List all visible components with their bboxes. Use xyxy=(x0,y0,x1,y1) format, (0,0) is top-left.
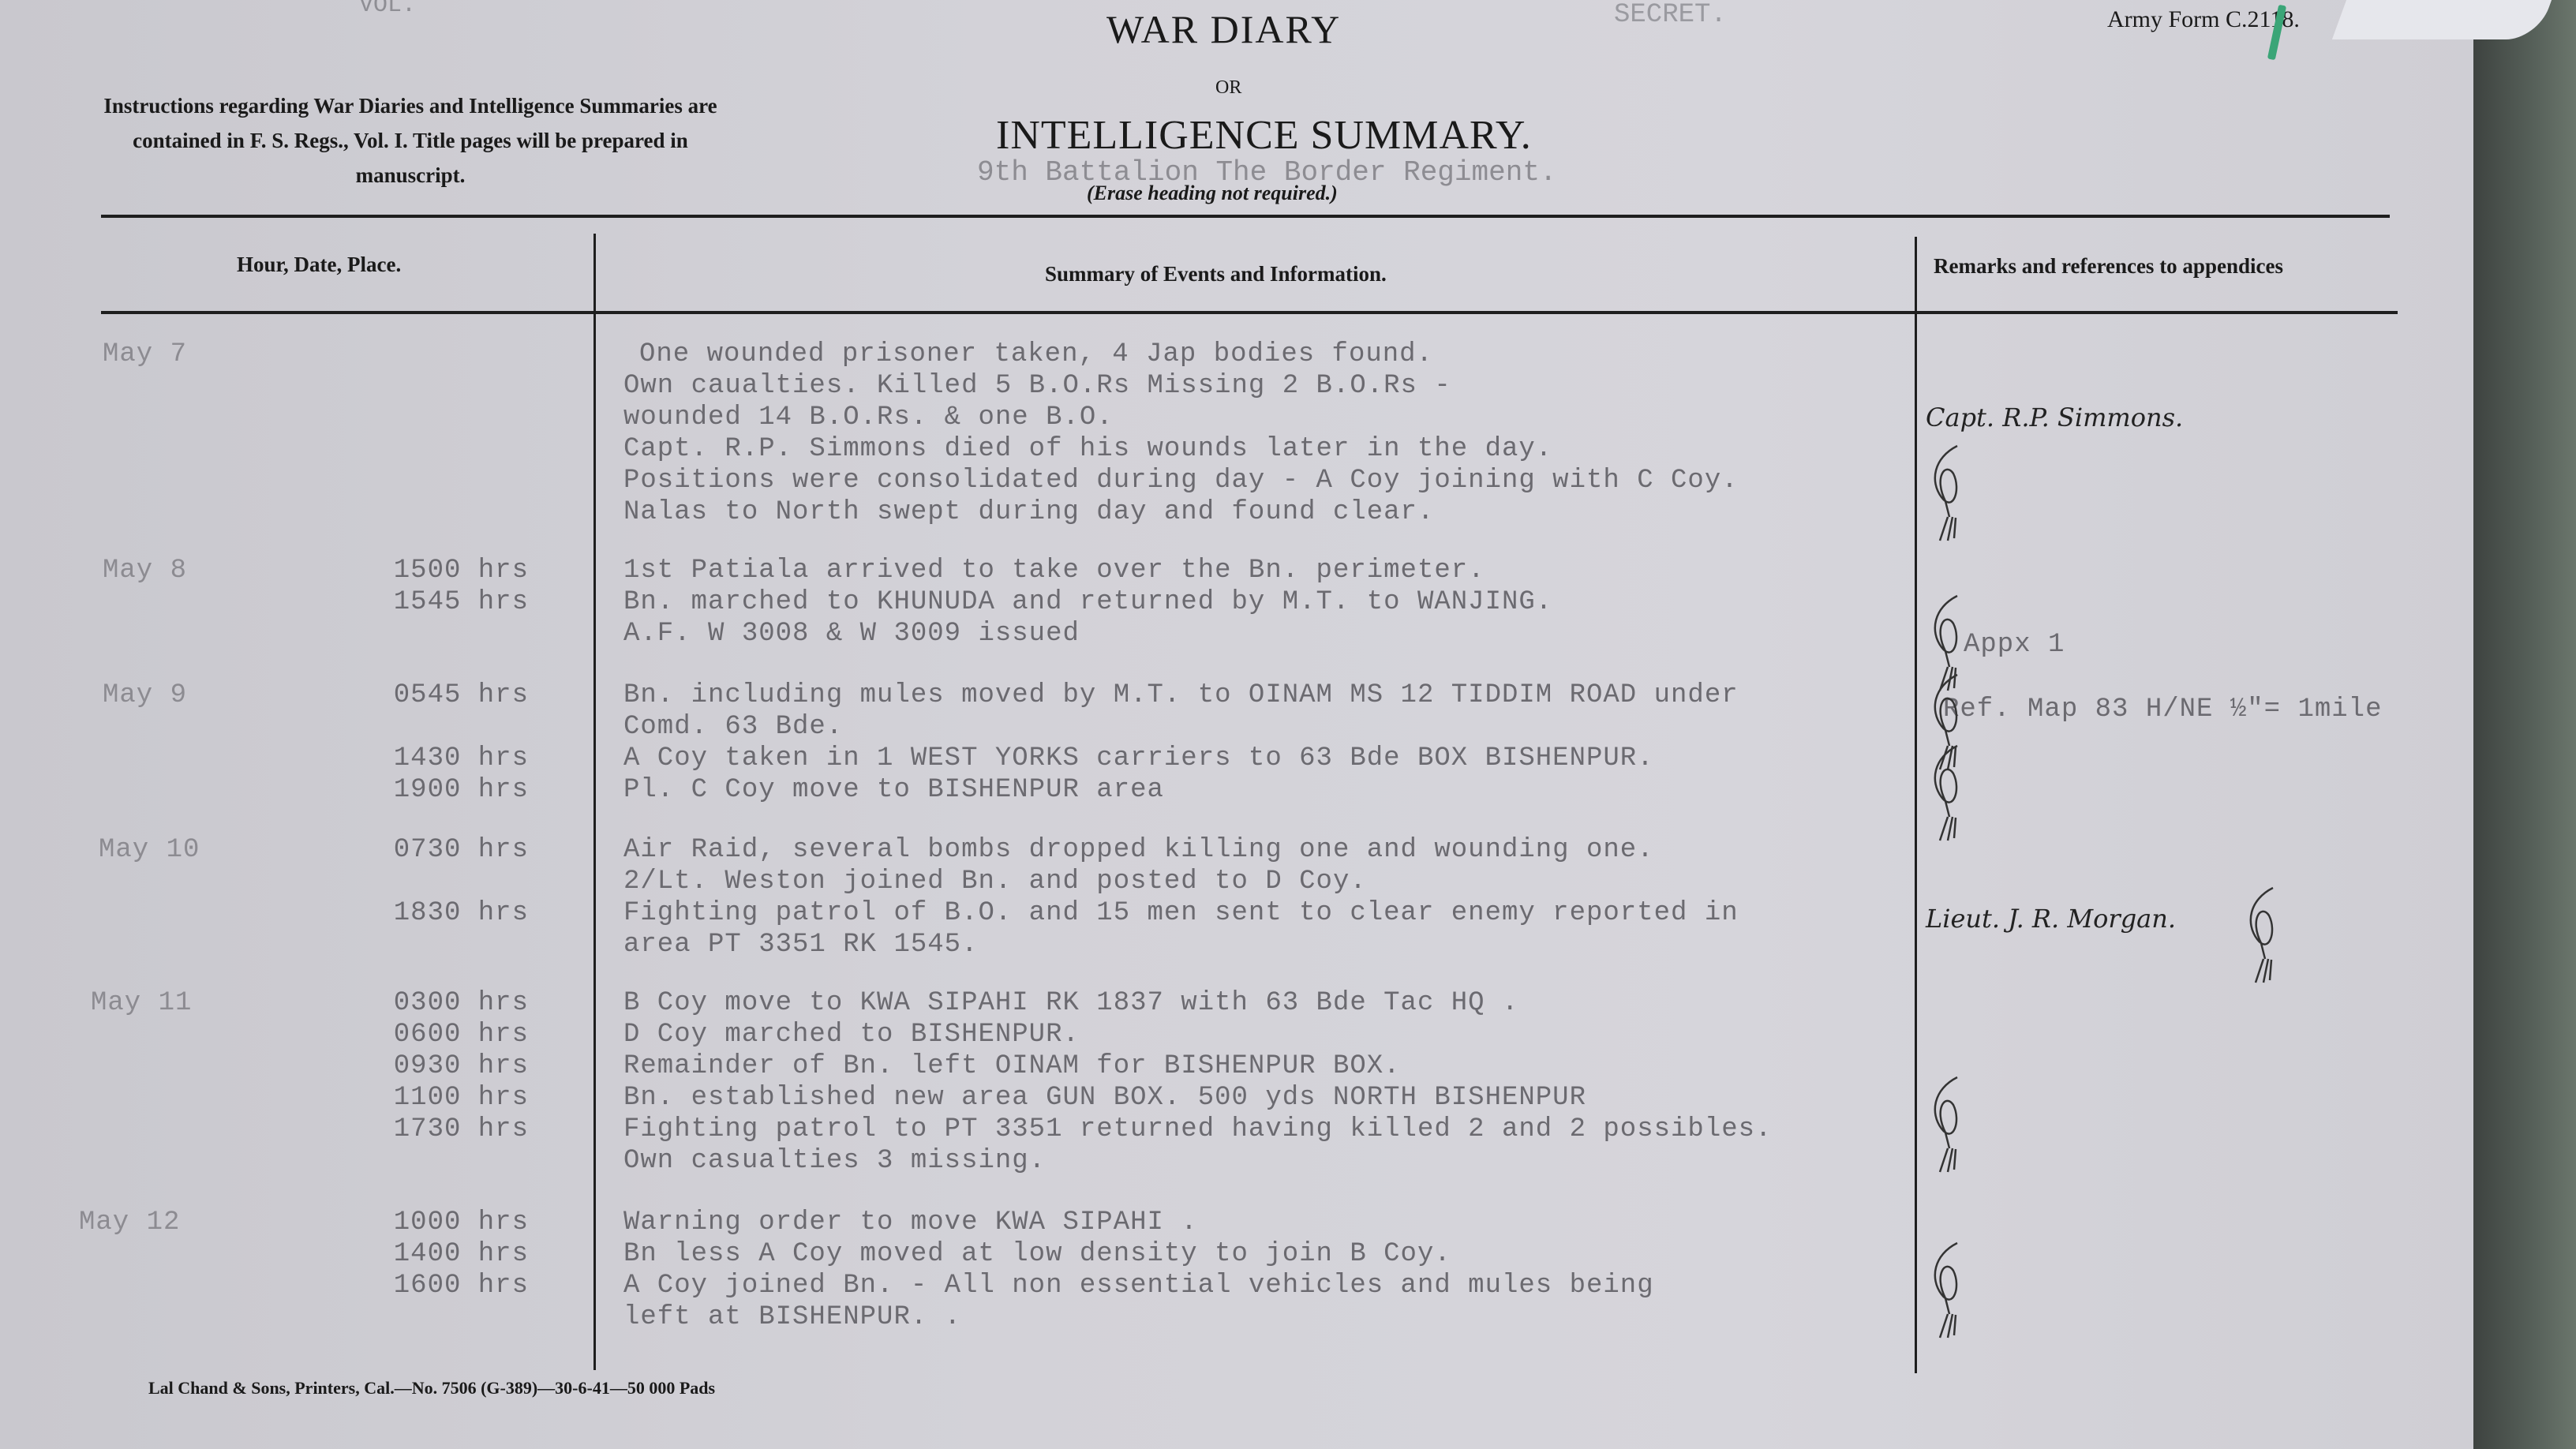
initials-signature-icon xyxy=(1926,1073,1973,1176)
entry-time: 0730 hrs xyxy=(371,835,529,865)
entry-summary-line: Nalas to North swept during day and foun… xyxy=(623,497,1434,527)
entry-summary-line: Warning order to move KWA SIPAHI . xyxy=(623,1207,1198,1237)
volume-label: VOL. xyxy=(359,0,416,19)
entry-remark: Capt. R.P. Simmons. xyxy=(1926,402,2183,432)
page-corner-fold xyxy=(2332,0,2552,39)
entry-time: 0300 hrs xyxy=(371,988,529,1018)
entry-summary-line: Bn less A Coy moved at low density to jo… xyxy=(623,1239,1451,1269)
entry-summary-line: area PT 3351 RK 1545. xyxy=(623,930,978,960)
entry-time: 0545 hrs xyxy=(371,680,529,710)
entry-time: 1545 hrs xyxy=(371,587,529,617)
entry-date: May 12 xyxy=(79,1207,180,1237)
column-divider-1 xyxy=(593,234,596,1370)
entry-summary-line: Bn. marched to KHUNUDA and returned by M… xyxy=(623,587,1552,617)
entry-time: 1100 hrs xyxy=(371,1083,529,1113)
entry-date: May 10 xyxy=(99,835,200,865)
entry-time: 1600 hrs xyxy=(371,1271,529,1301)
header-bottom-rule xyxy=(101,311,2398,314)
entry-summary-line: left at BISHENPUR. . xyxy=(623,1302,961,1332)
column-header-remarks: Remarks and references to appendices xyxy=(1934,254,2283,279)
initials-signature-icon xyxy=(1926,442,1973,545)
initials-signature-icon xyxy=(1926,1239,1973,1342)
entry-summary-line: Bn. established new area GUN BOX. 500 yd… xyxy=(623,1083,1586,1113)
entry-summary-line: Own caualties. Killed 5 B.O.Rs Missing 2… xyxy=(623,371,1451,401)
entry-remark: Lieut. J. R. Morgan. xyxy=(1926,904,2176,934)
entry-summary-line: A Coy taken in 1 WEST YORKS carriers to … xyxy=(623,743,1654,773)
entry-summary-line: Comd. 63 Bde. xyxy=(623,712,843,742)
security-classification: SECRET. xyxy=(1614,0,1727,30)
entry-date: May 8 xyxy=(103,556,187,586)
entry-summary-line: 1st Patiala arrived to take over the Bn.… xyxy=(623,556,1485,586)
entry-time: 0600 hrs xyxy=(371,1020,529,1050)
erase-heading-note: (Erase heading not required.) xyxy=(1087,182,1338,205)
entry-remark: Appx 1 xyxy=(1964,630,2065,660)
entry-summary-line: Air Raid, several bombs dropped killing … xyxy=(623,835,1654,865)
column-header-hour-date-place: Hour, Date, Place. xyxy=(237,253,401,277)
title-or: OR xyxy=(1215,77,1241,99)
entry-date: May 7 xyxy=(103,339,187,369)
entry-time: 1730 hrs xyxy=(371,1114,529,1144)
entry-remark: Ref. Map 83 H/NE ½"= 1mile xyxy=(1943,695,2383,724)
background-surface xyxy=(2473,0,2576,1449)
entry-summary-line: wounded 14 B.O.Rs. & one B.O. xyxy=(623,402,1114,432)
entry-summary-line: Own casualties 3 missing. xyxy=(623,1146,1046,1176)
entry-time: 1430 hrs xyxy=(371,743,529,773)
entry-summary-line: One wounded prisoner taken, 4 Jap bodies… xyxy=(639,339,1433,369)
instructions-note: Instructions regarding War Diaries and I… xyxy=(91,88,730,193)
entry-time: 1000 hrs xyxy=(371,1207,529,1237)
army-form-number: Army Form C.2118. xyxy=(2107,6,2300,33)
entry-summary-line: Remainder of Bn. left OINAM for BISHENPU… xyxy=(623,1051,1401,1081)
entry-summary-line: B Coy move to KWA SIPAHI RK 1837 with 63… xyxy=(623,988,1518,1018)
printer-footer: Lal Chand & Sons, Printers, Cal.—No. 750… xyxy=(148,1378,715,1398)
entry-summary-line: Fighting patrol to PT 3351 returned havi… xyxy=(623,1114,1772,1144)
entry-summary-line: Capt. R.P. Simmons died of his wounds la… xyxy=(623,434,1552,464)
document-page: VOL. WAR DIARY OR INTELLIGENCE SUMMARY. … xyxy=(0,0,2486,1449)
entry-summary-line: Positions were consolidated during day -… xyxy=(623,466,1739,496)
title-intelligence-summary: INTELLIGENCE SUMMARY. xyxy=(996,112,1532,159)
entry-time: 1830 hrs xyxy=(371,898,529,928)
entry-time: 1400 hrs xyxy=(371,1239,529,1269)
entry-time: 0930 hrs xyxy=(371,1051,529,1081)
entry-time: 1500 hrs xyxy=(371,556,529,586)
column-divider-2 xyxy=(1915,237,1917,1373)
entry-summary-line: Fighting patrol of B.O. and 15 men sent … xyxy=(623,898,1739,928)
entry-summary-line: A Coy joined Bn. - All non essential veh… xyxy=(623,1271,1654,1301)
entry-time: 1900 hrs xyxy=(371,775,529,805)
entry-summary-line: A.F. W 3008 & W 3009 issued xyxy=(623,619,1080,649)
entry-summary-line: Pl. C Coy move to BISHENPUR area xyxy=(623,775,1164,805)
entry-summary-line: 2/Lt. Weston joined Bn. and posted to D … xyxy=(623,867,1367,897)
title-war-diary: WAR DIARY xyxy=(1106,6,1341,52)
entry-date: May 9 xyxy=(103,680,187,710)
column-header-summary: Summary of Events and Information. xyxy=(1045,262,1387,286)
initials-signature-icon xyxy=(2241,884,2289,987)
entry-summary-line: D Coy marched to BISHENPUR. xyxy=(623,1020,1080,1050)
entry-date: May 11 xyxy=(91,988,192,1018)
entry-summary-line: Bn. including mules moved by M.T. to OIN… xyxy=(623,680,1739,710)
initials-signature-icon xyxy=(1926,742,1973,844)
table-top-rule xyxy=(101,215,2390,218)
